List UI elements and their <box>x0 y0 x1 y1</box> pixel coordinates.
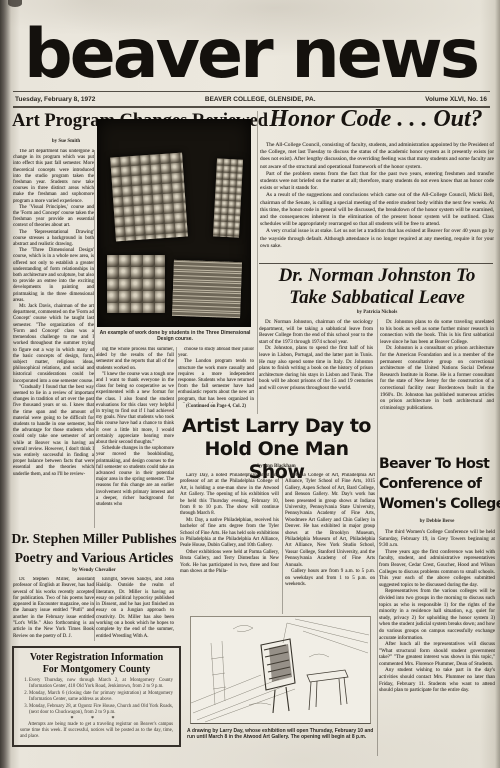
paragraph: A very crucial issue is at stake. Let us… <box>260 228 494 250</box>
art-program-column-3: choose to study abroad their junior year… <box>178 347 254 403</box>
paragraph: delphia College of Art, Philadelphia Art… <box>285 473 375 569</box>
headline-line: Women's Colleges <box>379 494 495 514</box>
artwork-photo-caption: An example of work done by students in t… <box>99 330 251 343</box>
artwork-panel <box>172 260 242 318</box>
headline-line: Conference of <box>379 474 495 494</box>
art-program-column-2: ing the whole process this summer, aided… <box>96 347 174 528</box>
artwork-panel <box>110 153 188 242</box>
paragraph: Monday, March 6 (closing date for primar… <box>29 691 173 703</box>
section-rule <box>259 263 493 264</box>
scan-mark <box>8 0 22 7</box>
paragraph: Any student wishing to take part in the … <box>379 667 495 693</box>
voter-box-list: Every Thursday, now through March 2, at … <box>20 678 173 715</box>
honor-code-body: The All-College Council, consisting of f… <box>260 142 494 261</box>
byline-johnston: by Patricia Nichols <box>262 310 492 315</box>
miller-column-2: Enright, Steven Sandys, and John Haislip… <box>96 577 174 641</box>
headline-womens-conference: Beaver To Host Conference of Women's Col… <box>379 454 495 514</box>
column-rule <box>94 150 95 528</box>
paragraph: The London program tends to structure th… <box>178 359 254 403</box>
scan-edge-right <box>495 0 500 768</box>
headline-line: Dr. Stephen Miller Publishes <box>11 529 177 548</box>
masthead-title: beaver news <box>24 24 484 90</box>
art-program-column-1: The art department has undergone a chang… <box>13 149 94 528</box>
column-rule <box>282 474 283 614</box>
johnston-column-2: Dr. Johnston plans to do some traveling … <box>380 319 494 456</box>
headline-line: Artist Larry Day to <box>177 415 376 438</box>
larry-day-column-2: delphia College of Art, Philadelphia Art… <box>285 473 375 614</box>
voter-box-title-line-2: For Montgomery County <box>20 664 173 676</box>
voter-box-title-line-1: Voter Registration Information <box>20 652 173 664</box>
paragraph: Dr. Johnston is a consultant on prison a… <box>380 345 494 411</box>
artwork-panel <box>107 255 165 313</box>
paragraph: The 'Three Dimensional Design' course, w… <box>13 248 94 304</box>
headline-line: Beaver To Host <box>379 454 495 474</box>
paragraph: "I knew the course was a tough one and I… <box>96 372 174 446</box>
paragraph: The 'Representational Drawing' course st… <box>13 230 94 249</box>
byline-larry-day: by Ann Blackham <box>177 464 376 469</box>
voter-registration-box: Voter Registration Information For Montg… <box>12 646 181 747</box>
paragraph: Larry Day, a noted Philadelphian artist … <box>180 473 279 518</box>
paragraph: The 'Visual Principles,' course and the … <box>13 205 94 230</box>
headline-line: Dr. Norman Johnston To <box>262 265 492 287</box>
larry-day-drawing <box>190 616 371 724</box>
byline-miller: by Wendy Chevalier <box>11 568 177 573</box>
headline-honor-code: Honor Code . . . Out? <box>258 104 494 134</box>
headline-johnston: Dr. Norman Johnston To Take Sabbatical L… <box>262 265 492 308</box>
drawing-sketch <box>191 617 370 723</box>
paragraph: ing the whole process this summer, aided… <box>96 347 174 372</box>
voter-box-footer: Attempts are being made to get a traveli… <box>20 722 173 740</box>
paragraph: Dr. Norman Johnston, chairman of the soc… <box>259 319 373 345</box>
scan-edge-left <box>0 0 11 768</box>
miller-column-1: Dr. Stephen Miller, assistant professor … <box>13 577 94 641</box>
paragraph: Dr. Johnston, plans to spend the first h… <box>259 345 373 391</box>
paragraph: Part of the problem stems from the fact … <box>260 171 494 193</box>
paragraph: Dr. Johnston plans to do some traveling … <box>380 319 494 345</box>
paragraph: Schedule changes in the sophomore year m… <box>96 446 174 508</box>
paragraph: Representatives from the various college… <box>379 588 495 641</box>
dateline-date: Tuesday, February 8, 1972 <box>15 96 95 103</box>
artwork-photo <box>97 119 251 327</box>
johnston-column-1: Dr. Norman Johnston, chairman of the soc… <box>259 319 373 420</box>
column-rule <box>257 111 258 414</box>
paragraph: Mr. Jack Davis, chairman of the art depa… <box>13 304 94 385</box>
continued-line: (Continued on Page 4, Col. 2) <box>176 404 256 409</box>
paragraph: Dr. Stephen Miller, assistant professor … <box>13 577 94 640</box>
headline-line: Take Sabbatical Leave <box>262 287 492 309</box>
paragraph: The All-College Council, consisting of f… <box>260 142 494 171</box>
paragraph: As a result of the suggestions and concl… <box>260 192 494 228</box>
dateline-location: BEAVER COLLEGE, GLENSIDE, PA. <box>205 96 316 103</box>
dateline-volume: Volume XLVI, No. 16 <box>425 96 487 103</box>
paragraph: After lunch all the representatives will… <box>379 641 495 667</box>
drawing-caption: A drawing by Larry Day, whose exhibition… <box>187 728 374 741</box>
newspaper-front-page: beaver news Tuesday, February 8, 1972 BE… <box>0 0 500 768</box>
paragraph: Three years ago the first conference was… <box>379 549 495 589</box>
column-rule <box>377 319 378 756</box>
paragraph: Enright, Steven Sandys, and John Haislip… <box>96 577 174 640</box>
artwork-panel <box>213 158 243 237</box>
paragraph: "Gradually I found that the best way see… <box>13 385 94 478</box>
womens-conference-column: The third Women's College Conference wil… <box>379 529 495 757</box>
paragraph: Gallery hours are from 9 a.m. to 5 p.m. … <box>285 569 375 588</box>
paragraph: The third Women's College Conference wil… <box>379 529 495 549</box>
larry-day-column-1: Larry Day, a noted Philadelphian artist … <box>180 473 279 614</box>
paragraph: Mr. Day, a native Philadelphian, receive… <box>180 518 279 550</box>
column-rule <box>94 577 95 641</box>
paragraph: Every Thursday, now through March 2, at … <box>29 678 173 690</box>
column-rule <box>176 347 177 409</box>
headline-line: Poetry and Various Articles <box>11 548 177 567</box>
paragraph: Monday, February 28, at Ogontz Fire Hous… <box>29 704 173 716</box>
paragraph: Other exhibitions were held at Parma Gal… <box>180 550 279 576</box>
paragraph: The art department has undergone a chang… <box>13 149 94 205</box>
byline-womens-conference: by Debbie Berse <box>379 519 495 524</box>
paragraph: choose to study abroad their junior year… <box>178 347 254 359</box>
headline-miller: Dr. Stephen Miller Publishes Poetry and … <box>11 529 177 567</box>
dateline-rule-top <box>13 91 490 92</box>
